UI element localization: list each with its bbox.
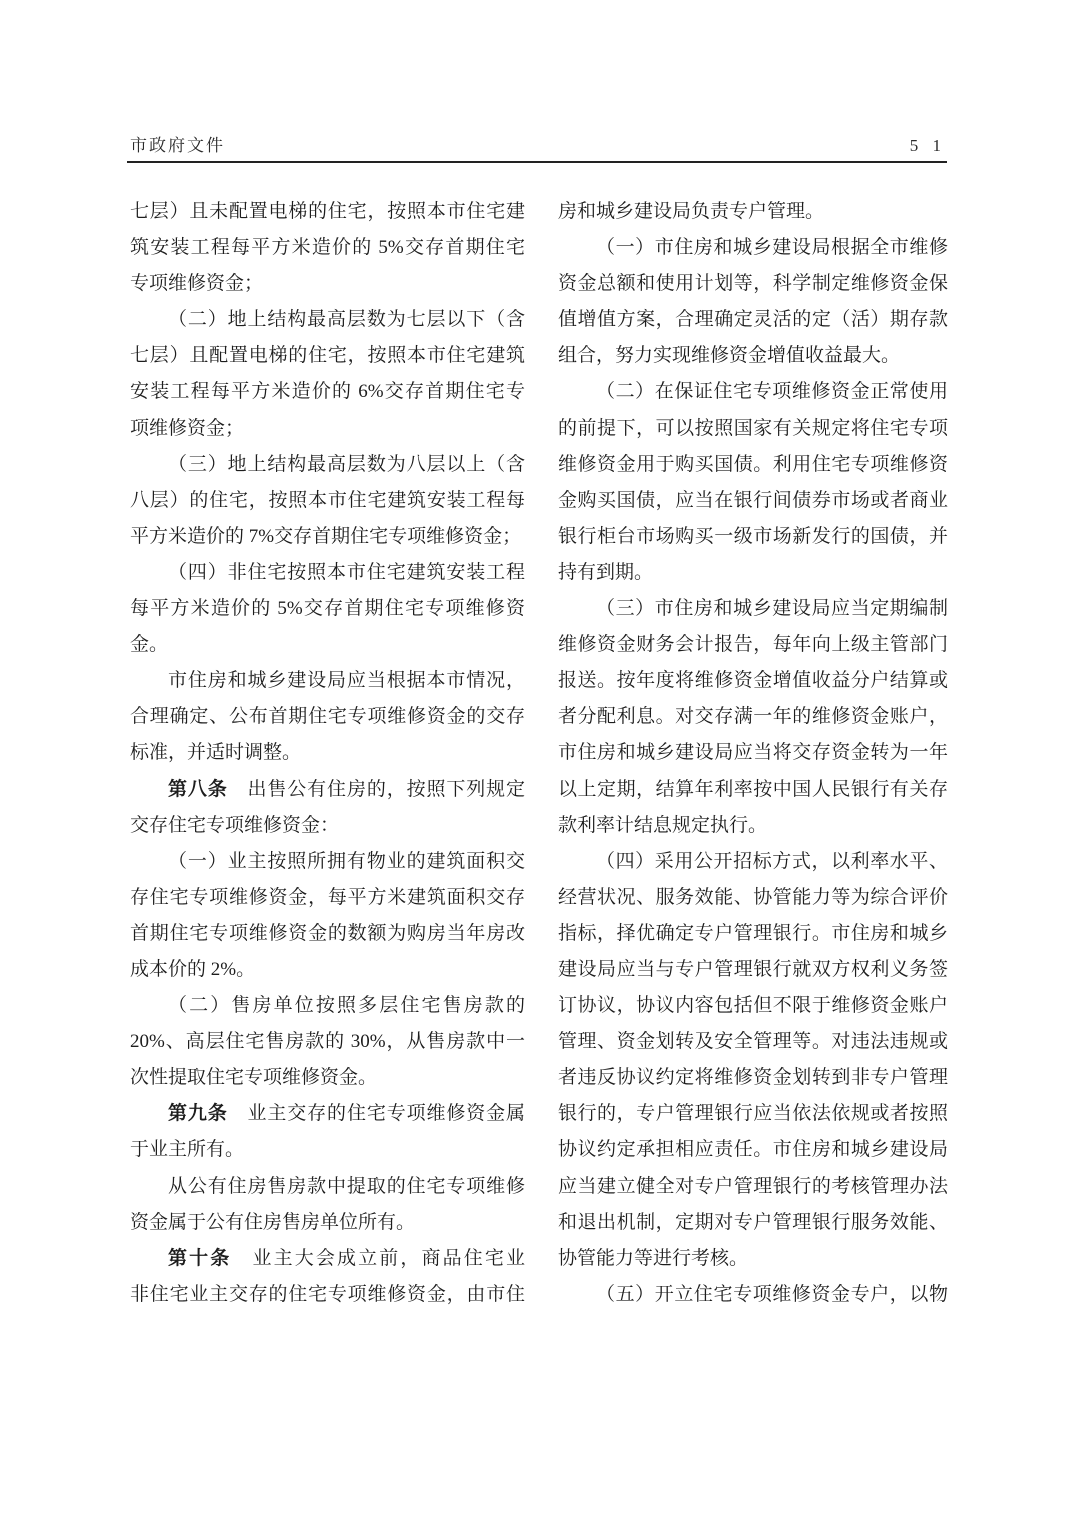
text-line: （四）非住宅按照本市住宅建筑安装工程 <box>130 555 525 591</box>
text-line: 报送。按年度将维修资金增值收益分户结算或 <box>558 663 948 699</box>
text-line: （一）业主按照所拥有物业的建筑面积交 <box>130 844 525 880</box>
text-line: 应当建立健全对专户管理银行的考核管理办法 <box>558 1169 948 1205</box>
page-number: 5 1 <box>818 136 946 156</box>
document-page: 市政府文件 5 1 七层）且未配置电梯的住宅，按照本市住宅建筑安装工程每平方米造… <box>0 0 1074 1520</box>
text-line: 市住房和城乡建设局应当将交存资金转为一年 <box>558 735 948 771</box>
text-line: 专项维修资金； <box>130 266 525 302</box>
text-line: 首期住宅专项维修资金的数额为购房当年房改 <box>130 916 525 952</box>
text-columns: 七层）且未配置电梯的住宅，按照本市住宅建筑安装工程每平方米造价的 5%交存首期住… <box>130 194 948 1313</box>
header-rule <box>127 161 947 163</box>
text-line: 协议约定承担相应责任。市住房和城乡建设局 <box>558 1132 948 1168</box>
text-line: 从公有住房售房款中提取的住宅专项维修 <box>130 1169 525 1205</box>
text-line: 交存住宅专项维修资金： <box>130 808 525 844</box>
article-number: 第十条 <box>168 1248 231 1269</box>
text-line: 安装工程每平方米造价的 6%交存首期住宅专 <box>130 374 525 410</box>
text-line: 以上定期，结算年利率按中国人民银行有关存 <box>558 772 948 808</box>
article-number: 第八条 <box>168 779 228 800</box>
text-line: 八层）的住宅，按照本市住宅建筑安装工程每 <box>130 483 525 519</box>
text-line: 成本价的 2%。 <box>130 952 525 988</box>
text-line: 值增值方案，合理确定灵活的定（活）期存款 <box>558 302 948 338</box>
text-column-left: 七层）且未配置电梯的住宅，按照本市住宅建筑安装工程每平方米造价的 5%交存首期住… <box>130 194 525 1313</box>
text-line: 房和城乡建设局负责专户管理。 <box>558 194 948 230</box>
text-line: 金购买国债，应当在银行间债券市场或者商业 <box>558 483 948 519</box>
text-line: 七层）且未配置电梯的住宅，按照本市住宅建 <box>130 194 525 230</box>
text-line: 合理确定、公布首期住宅专项维修资金的交存 <box>130 699 525 735</box>
text-line: （三）地上结构最高层数为八层以上（含 <box>130 447 525 483</box>
header-doc-label: 市政府文件 <box>130 131 225 156</box>
text-line: 资金总额和使用计划等，科学制定维修资金保 <box>558 266 948 302</box>
text-line: 管理、资金划转及安全管理等。对违法违规或 <box>558 1024 948 1060</box>
text-line: （五）开立住宅专项维修资金专户，以物 <box>558 1277 948 1313</box>
text-line: 非住宅业主交存的住宅专项维修资金，由市住 <box>130 1277 525 1313</box>
text-line: 维修资金用于购买国债。利用住宅专项维修资 <box>558 447 948 483</box>
text-line: （二）售房单位按照多层住宅售房款的 <box>130 988 525 1024</box>
text-line: 者分配利息。对交存满一年的维修资金账户， <box>558 699 948 735</box>
text-line: 维修资金财务会计报告，每年向上级主管部门 <box>558 627 948 663</box>
text-line: 每平方米造价的 5%交存首期住宅专项维修资 <box>130 591 525 627</box>
text-line: 标准，并适时调整。 <box>130 735 525 771</box>
text-line: 资金属于公有住房售房单位所有。 <box>130 1205 525 1241</box>
text-column-right: 房和城乡建设局负责专户管理。（一）市住房和城乡建设局根据全市维修资金总额和使用计… <box>558 194 948 1313</box>
text-line: 项维修资金； <box>130 411 525 447</box>
text-line: 指标，择优确定专户管理银行。市住房和城乡 <box>558 916 948 952</box>
text-line: 款利率计结息规定执行。 <box>558 808 948 844</box>
text-line: 银行柜台市场购买一级市场新发行的国债，并 <box>558 519 948 555</box>
text-line: 持有到期。 <box>558 555 948 591</box>
text-line: 存住宅专项维修资金，每平方米建筑面积交存 <box>130 880 525 916</box>
text-line: 金。 <box>130 627 525 663</box>
text-line: （二）在保证住宅专项维修资金正常使用 <box>558 374 948 410</box>
text-line: 次性提取住宅专项维修资金。 <box>130 1060 525 1096</box>
text-line: （三）市住房和城乡建设局应当定期编制 <box>558 591 948 627</box>
text-line: 协管能力等进行考核。 <box>558 1241 948 1277</box>
text-line: 第十条 业主大会成立前，商品住宅业主、 <box>130 1241 525 1277</box>
text-line: （一）市住房和城乡建设局根据全市维修 <box>558 230 948 266</box>
text-line: 七层）且配置电梯的住宅，按照本市住宅建筑 <box>130 338 525 374</box>
text-line: 于业主所有。 <box>130 1132 525 1168</box>
text-line: 市住房和城乡建设局应当根据本市情况， <box>130 663 525 699</box>
text-line: （二）地上结构最高层数为七层以下（含 <box>130 302 525 338</box>
text-line: 银行的，专户管理银行应当依法依规或者按照 <box>558 1096 948 1132</box>
text-line: 订协议，协议内容包括但不限于维修资金账户 <box>558 988 948 1024</box>
text-line: 建设局应当与专户管理银行就双方权利义务签 <box>558 952 948 988</box>
text-line: 的前提下，可以按照国家有关规定将住宅专项 <box>558 411 948 447</box>
text-line: 第九条 业主交存的住宅专项维修资金属 <box>130 1096 525 1132</box>
text-line: 筑安装工程每平方米造价的 5%交存首期住宅 <box>130 230 525 266</box>
text-line: 者违反协议约定将维修资金划转到非专户管理 <box>558 1060 948 1096</box>
text-line: （四）采用公开招标方式，以利率水平、 <box>558 844 948 880</box>
text-line: 第八条 出售公有住房的，按照下列规定 <box>130 772 525 808</box>
article-number: 第九条 <box>168 1103 228 1124</box>
text-line: 平方米造价的 7%交存首期住宅专项维修资金； <box>130 519 525 555</box>
text-line: 和退出机制，定期对专户管理银行服务效能、 <box>558 1205 948 1241</box>
text-line: 20%、高层住宅售房款的 30%，从售房款中一 <box>130 1024 525 1060</box>
text-line: 经营状况、服务效能、协管能力等为综合评价 <box>558 880 948 916</box>
text-line: 组合，努力实现维修资金增值收益最大。 <box>558 338 948 374</box>
